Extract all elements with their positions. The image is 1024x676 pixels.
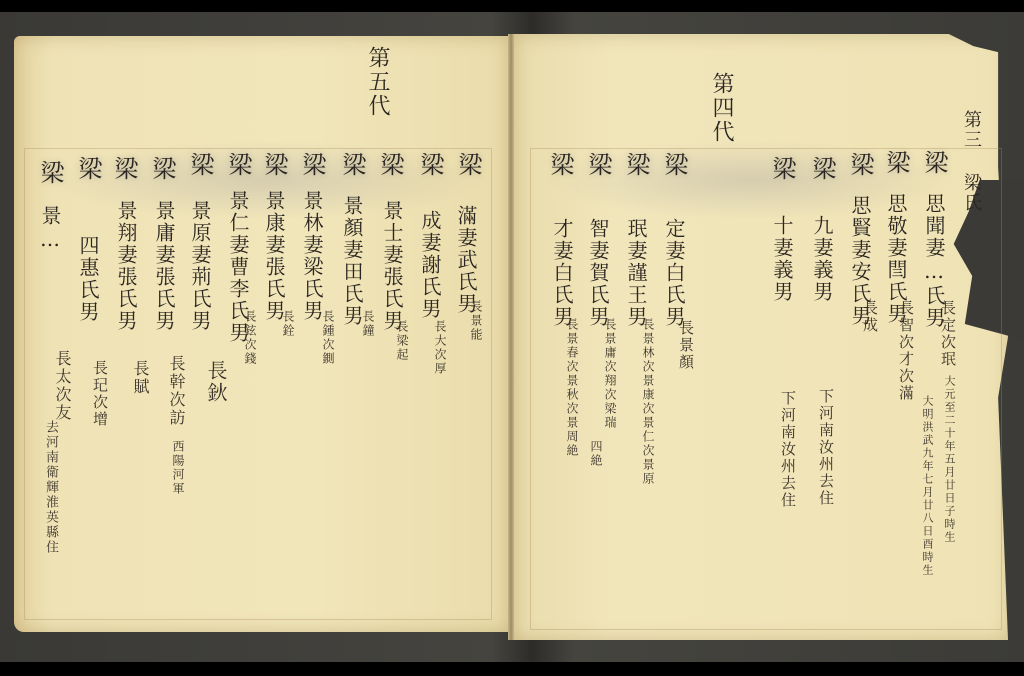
surname: 梁 <box>662 152 686 178</box>
surname: 梁 <box>112 156 136 182</box>
surname: 梁 <box>548 152 572 178</box>
entry-note: 長景能 <box>470 300 482 342</box>
birth-record-2: 大明洪武九年七月廿八日酉時生 <box>922 395 933 577</box>
entry-note: 長鈥 <box>206 360 226 404</box>
surname: 梁 <box>300 152 324 178</box>
entry-text: 景翔妻張氏男 <box>116 200 136 332</box>
surname: 梁 <box>884 150 908 176</box>
entry-note: 長梁起 <box>396 320 408 362</box>
entry-note: 長景庸次翔次梁瑞 <box>604 318 616 430</box>
prev-generation-heading: 第三 梁氏 <box>962 110 980 213</box>
surname: 梁 <box>922 150 946 176</box>
birth-record-1: 大元至二十年五月廿日子時生 <box>944 375 955 544</box>
surname: 梁 <box>38 160 62 186</box>
entry-text: 九妻義男 <box>812 215 832 303</box>
entry-text: 景康妻張氏男 <box>264 190 284 322</box>
entry-text: 成妻謝氏男 <box>420 210 440 320</box>
surname: 梁 <box>262 152 286 178</box>
entry-text: 智妻賀氏男 <box>588 218 608 328</box>
surname: 梁 <box>770 156 794 182</box>
entry-location: 下河南汝州去住 <box>780 390 795 509</box>
generation-heading: 第四代 <box>710 72 732 144</box>
entry-location: 去河南衛輝淮英縣住 <box>44 420 57 555</box>
entry-note: 長大次厚 <box>434 320 446 376</box>
entry-text: 珉妻謹王男 <box>626 218 646 328</box>
surname: 梁 <box>456 152 480 178</box>
entry-note: 長玘次增 <box>92 360 107 428</box>
entry-text: 景… <box>40 205 60 253</box>
entry-text: 定妻白氏男 <box>664 218 684 328</box>
entry-text: 景林妻梁氏男 <box>302 190 322 322</box>
entry-note: 長幹次訪 <box>168 355 184 427</box>
entry-text: 滿妻武氏男 <box>456 205 476 315</box>
surname: 梁 <box>586 152 610 178</box>
entry-text: 景庸妻張氏男 <box>154 200 174 332</box>
entry-text: 景士妻張氏男 <box>382 200 402 332</box>
entry-note: 長定次珉 <box>940 300 955 368</box>
surname: 梁 <box>188 152 212 178</box>
entry-extra: 四絶 <box>590 440 602 468</box>
surname: 梁 <box>150 156 174 182</box>
surname: 梁 <box>340 152 364 178</box>
entry-text: 景顏妻田氏男 <box>342 195 362 327</box>
entry-text: 十妻義男 <box>772 215 792 303</box>
entry-text: 才妻白氏男 <box>552 218 572 328</box>
surname: 梁 <box>848 152 872 178</box>
entry-note: 長鍾次鍘 <box>322 310 334 366</box>
surname: 梁 <box>76 156 100 182</box>
entry-note: 長太次友 <box>54 350 70 422</box>
generation-heading: 第五代 <box>366 46 388 118</box>
entry-location: 下河南汝州去住 <box>818 388 833 507</box>
entry-note: 長成 <box>862 300 877 334</box>
entry-note: 長景林次景康次景仁次景原 <box>642 318 654 486</box>
entry-location: 西陽河軍 <box>172 440 184 496</box>
entry-note: 長賦 <box>132 360 148 396</box>
surname: 梁 <box>378 152 402 178</box>
entry-note: 長智次才次滿 <box>898 300 913 402</box>
entry-note: 長鐘 <box>362 310 374 338</box>
book-spine <box>508 34 514 640</box>
surname: 梁 <box>624 152 648 178</box>
surname: 梁 <box>226 152 250 178</box>
entry-note: 長鉉次錢 <box>244 310 256 366</box>
surname: 梁 <box>810 156 834 182</box>
surname: 梁 <box>418 152 442 178</box>
entry-note: 長銓 <box>282 310 294 338</box>
entry-text: 景原妻荊氏男 <box>190 200 210 332</box>
entry-note: 長景顏 <box>678 320 693 371</box>
entry-text: 四惠氏男 <box>78 235 98 323</box>
entry-note: 長景春次景秋次景周絶 <box>566 318 578 458</box>
